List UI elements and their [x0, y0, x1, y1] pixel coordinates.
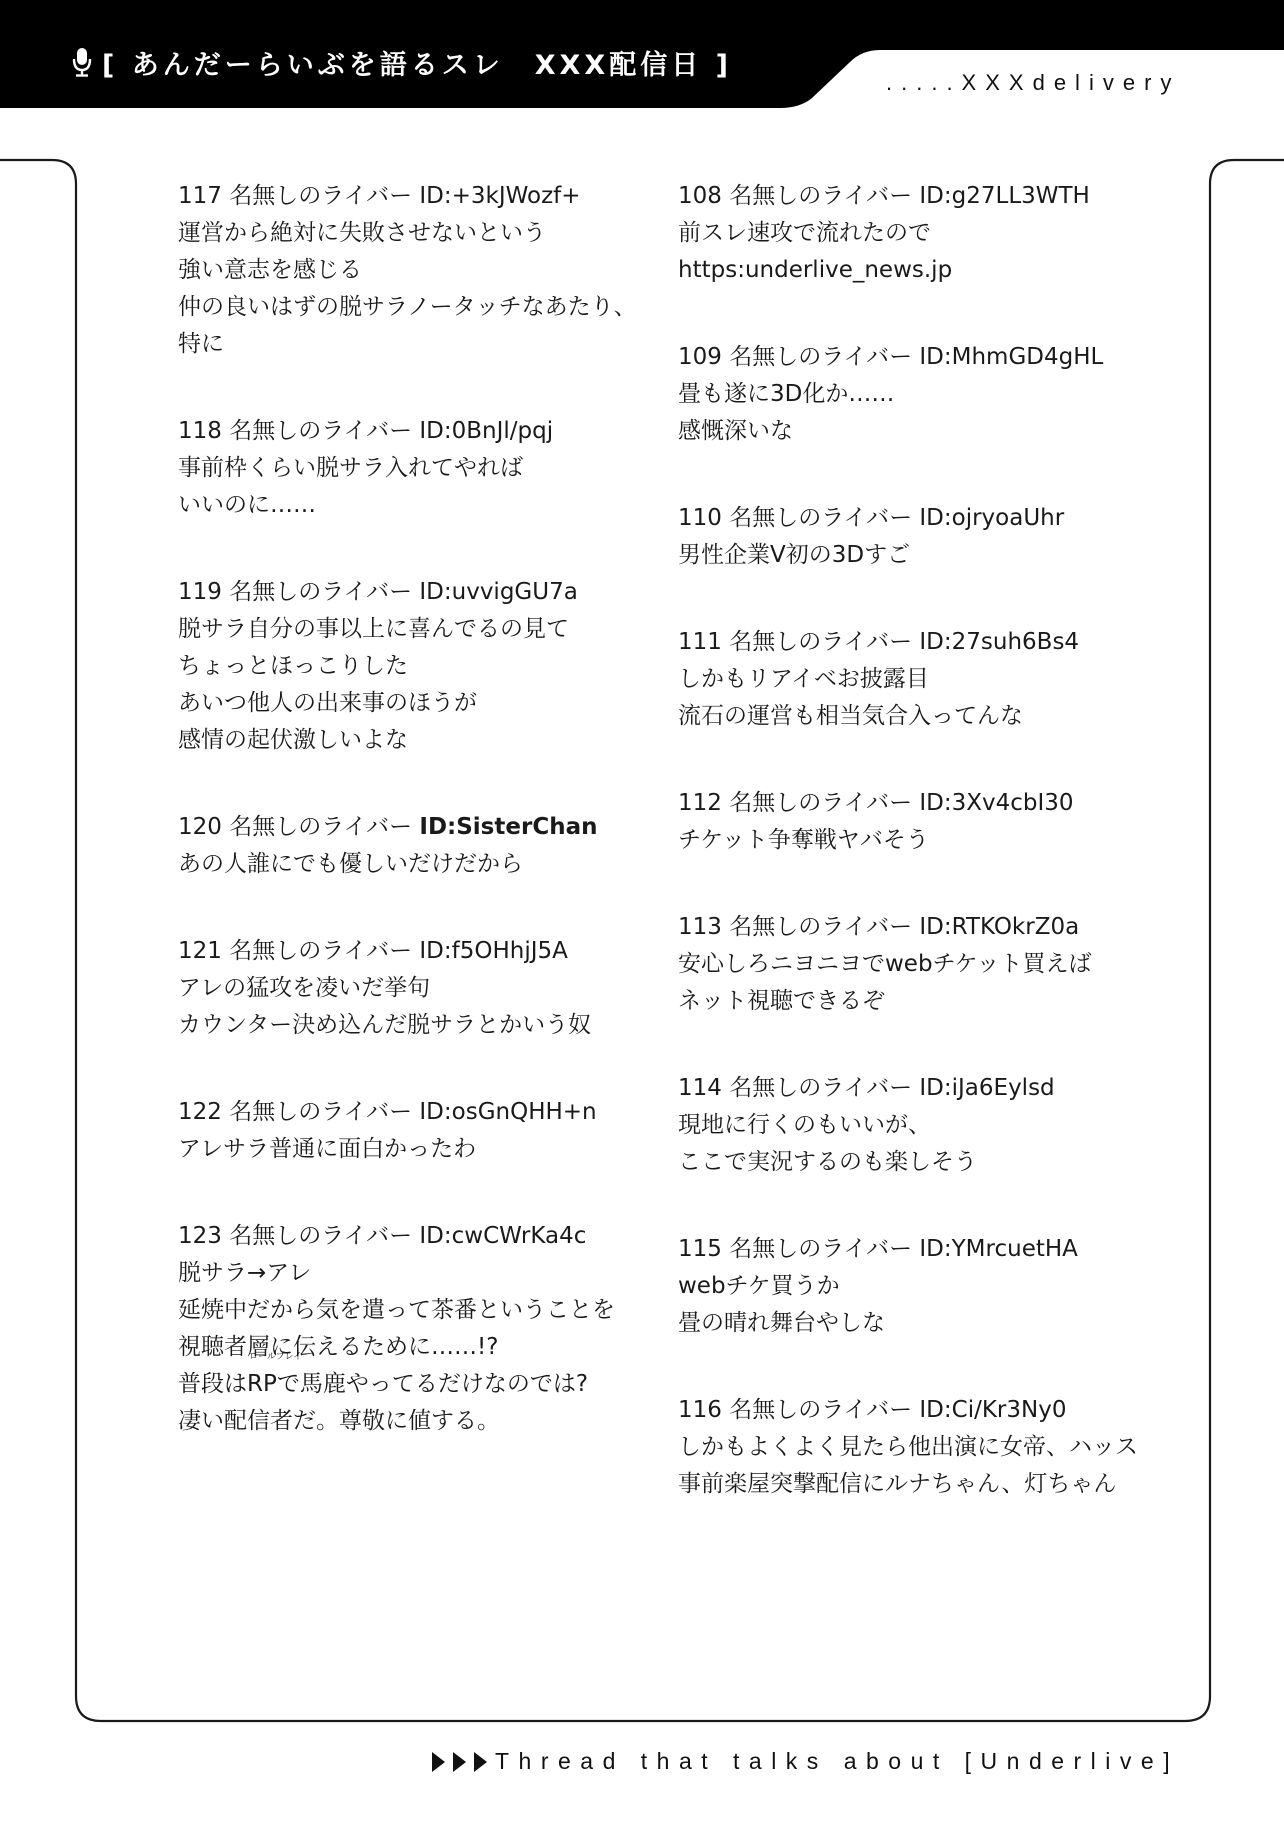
post-header: 110 名無しのライバー ID:ojryoaUhr [678, 500, 1148, 537]
triangle-arrow-icon [453, 1752, 466, 1772]
post-115: 115 名無しのライバー ID:YMrcuetHA webチケ買うか 畳の晴れ舞… [678, 1231, 1148, 1342]
post-body-line: 畳の晴れ舞台やしな [678, 1305, 1148, 1342]
poster-id: ID:uvvigGU7a [419, 579, 577, 605]
post-header: 117 名無しのライバー ID:+3kJWozf+ [178, 178, 648, 215]
post-number: 119 [178, 579, 222, 605]
poster-name: 名無しのライバー [729, 344, 912, 370]
ruby-reading: ロールプレイ [249, 1352, 302, 1362]
post-116: 116 名無しのライバー ID:Ci/Kr3Ny0 しかもよくよく見たら他出演に… [678, 1392, 1148, 1503]
poster-name: 名無しのライバー [229, 1099, 412, 1125]
post-link: https:underlive_news.jp [678, 252, 1148, 289]
right-column: 108 名無しのライバー ID:g27LL3WTH 前スレ速攻で流れたので ht… [678, 178, 1148, 1553]
post-number: 116 [678, 1397, 722, 1423]
post-number: 109 [678, 344, 722, 370]
post-header: 113 名無しのライバー ID:RTKOkrZ0a [678, 909, 1148, 946]
ruby-base: RP [247, 1371, 277, 1397]
post-110: 110 名無しのライバー ID:ojryoaUhr 男性企業V初の3Dすご [678, 500, 1148, 574]
poster-name: 名無しのライバー [229, 938, 412, 964]
post-header: 116 名無しのライバー ID:Ci/Kr3Ny0 [678, 1392, 1148, 1429]
post-header: 122 名無しのライバー ID:osGnQHH+n [178, 1094, 648, 1131]
poster-id: ID:MhmGD4gHL [919, 344, 1103, 370]
post-body-line: 強い意志を感じる [178, 252, 648, 289]
poster-id: ID:+3kJWozf+ [419, 183, 580, 209]
poster-id: ID:f5OHhjJ5A [419, 938, 568, 964]
post-body-line: 感慨深いな [678, 413, 1148, 450]
post-body-line: しかもよくよく見たら他出演に女帝、ハッス [678, 1429, 1148, 1466]
poster-id: ID:cwCWrKa4c [419, 1223, 586, 1249]
post-body-line: ちょっとほっこりした [178, 648, 648, 685]
post-header: 120 名無しのライバー ID:SisterChan [178, 809, 648, 846]
post-119: 119 名無しのライバー ID:uvvigGU7a 脱サラ自分の事以上に喜んでる… [178, 574, 648, 759]
post-body-line: 脱サラ自分の事以上に喜んでるの見て [178, 611, 648, 648]
post-body-line: 安心しろニヨニヨでwebチケット買えば [678, 946, 1148, 983]
post-body-line: 前スレ速攻で流れたので [678, 215, 1148, 252]
post-header: 123 名無しのライバー ID:cwCWrKa4c [178, 1218, 648, 1255]
poster-name: 名無しのライバー [229, 1223, 412, 1249]
post-body-line: あいつ他人の出来事のほうが [178, 685, 648, 722]
poster-name: 名無しのライバー [729, 790, 912, 816]
post-number: 111 [678, 629, 722, 655]
footer-text: Thread that talks about [Underlive] [495, 1748, 1179, 1775]
post-header: 111 名無しのライバー ID:27suh6Bs4 [678, 624, 1148, 661]
post-body-line: 現地に行くのもいいが、 [678, 1107, 1148, 1144]
post-header: 121 名無しのライバー ID:f5OHhjJ5A [178, 933, 648, 970]
post-body-line: 男性企業V初の3Dすご [678, 537, 1148, 574]
post-body-line: アレサラ普通に面白かったわ [178, 1131, 648, 1168]
poster-name: 名無しのライバー [729, 914, 912, 940]
post-header: 112 名無しのライバー ID:3Xv4cbI30 [678, 785, 1148, 822]
poster-name: 名無しのライバー [229, 418, 412, 444]
post-body-line: カウンター決め込んだ脱サラとかいう奴 [178, 1007, 648, 1044]
poster-id: ID:RTKOkrZ0a [919, 914, 1079, 940]
poster-name: 名無しのライバー [729, 505, 912, 531]
microphone-icon [72, 47, 92, 77]
post-number: 120 [178, 814, 222, 840]
poster-id: ID:Ci/Kr3Ny0 [919, 1397, 1066, 1423]
post-body-line: 事前楽屋突撃配信にルナちゃん、灯ちゃん [678, 1466, 1148, 1503]
poster-id: ID:osGnQHH+n [419, 1099, 596, 1125]
ruby-annotated-word: ロールプレイRP [247, 1366, 277, 1403]
post-body-line: 流石の運営も相当気合入ってんな [678, 698, 1148, 735]
post-header: 109 名無しのライバー ID:MhmGD4gHL [678, 339, 1148, 376]
post-number: 108 [678, 183, 722, 209]
post-body-line: ネット視聴できるぞ [678, 983, 1148, 1020]
poster-id: ID:ojryoaUhr [919, 505, 1064, 531]
poster-id: ID:YMrcuetHA [919, 1236, 1078, 1262]
footer: Thread that talks about [Underlive] [432, 1748, 1179, 1775]
header-subtitle: .....XXXdelivery [886, 70, 1180, 96]
post-body-line: あの人誰にでも優しいだけだから [178, 846, 648, 883]
triangle-arrow-icon [432, 1752, 445, 1772]
post-body-line: 延焼中だから気を遣って茶番ということを [178, 1292, 648, 1329]
post-108: 108 名無しのライバー ID:g27LL3WTH 前スレ速攻で流れたので ht… [678, 178, 1148, 289]
post-109: 109 名無しのライバー ID:MhmGD4gHL 畳も遂に3D化か…… 感慨深… [678, 339, 1148, 450]
poster-name: 名無しのライバー [729, 1236, 912, 1262]
triangle-arrow-icon [474, 1752, 487, 1772]
post-number: 114 [678, 1075, 722, 1101]
ruby-line-before: 普段は [178, 1371, 247, 1397]
post-121: 121 名無しのライバー ID:f5OHhjJ5A アレの猛攻を凌いだ挙句 カウ… [178, 933, 648, 1044]
post-111: 111 名無しのライバー ID:27suh6Bs4 しかもリアイベお披露目 流石… [678, 624, 1148, 735]
post-120: 120 名無しのライバー ID:SisterChan あの人誰にでも優しいだけだ… [178, 809, 648, 883]
poster-name: 名無しのライバー [229, 814, 412, 840]
post-122: 122 名無しのライバー ID:osGnQHH+n アレサラ普通に面白かったわ [178, 1094, 648, 1168]
post-body-line: 感情の起伏激しいよな [178, 722, 648, 759]
post-body-line: いいのに…… [178, 487, 648, 524]
post-body-line: チケット争奪戦ヤバそう [678, 822, 1148, 859]
post-body-line: 特に [178, 326, 648, 363]
post-number: 117 [178, 183, 222, 209]
post-number: 115 [678, 1236, 722, 1262]
post-body-line: 運営から絶対に失敗させないという [178, 215, 648, 252]
post-body-line: しかもリアイベお披露目 [678, 661, 1148, 698]
left-column: 117 名無しのライバー ID:+3kJWozf+ 運営から絶対に失敗させないと… [178, 178, 648, 1490]
post-body-line-with-ruby: 普段はロールプレイRPで馬鹿やってるだけなのでは? [178, 1366, 648, 1403]
post-body-line: 畳も遂に3D化か…… [678, 376, 1148, 413]
post-number: 122 [178, 1099, 222, 1125]
post-body-line: 事前枠くらい脱サラ入れてやれば [178, 450, 648, 487]
poster-name: 名無しのライバー [729, 629, 912, 655]
post-body-line: 脱サラ→アレ [178, 1255, 648, 1292]
poster-id: ID:27suh6Bs4 [919, 629, 1079, 655]
post-body-line: ここで実況するのも楽しそう [678, 1144, 1148, 1181]
post-header: 118 名無しのライバー ID:0BnJl/pqj [178, 413, 648, 450]
post-body-line: webチケ買うか [678, 1268, 1148, 1305]
post-number: 113 [678, 914, 722, 940]
post-number: 123 [178, 1223, 222, 1249]
thread-title: [ あんだーらいぶを語るスレ XXX配信日 ] [72, 42, 732, 82]
post-123: 123 名無しのライバー ID:cwCWrKa4c 脱サラ→アレ 延焼中だから気… [178, 1218, 648, 1440]
post-117: 117 名無しのライバー ID:+3kJWozf+ 運営から絶対に失敗させないと… [178, 178, 648, 363]
post-118: 118 名無しのライバー ID:0BnJl/pqj 事前枠くらい脱サラ入れてやれ… [178, 413, 648, 524]
poster-name: 名無しのライバー [229, 579, 412, 605]
poster-name: 名無しのライバー [729, 183, 912, 209]
poster-id: ID:g27LL3WTH [919, 183, 1089, 209]
poster-id: ID:3Xv4cbI30 [919, 790, 1073, 816]
post-number: 112 [678, 790, 722, 816]
post-number: 118 [178, 418, 222, 444]
post-body-line: 仲の良いはずの脱サラノータッチなあたり、 [178, 289, 648, 326]
post-113: 113 名無しのライバー ID:RTKOkrZ0a 安心しろニヨニヨでwebチケ… [678, 909, 1148, 1020]
ruby-line-after: で馬鹿やってるだけなのでは? [277, 1371, 588, 1397]
poster-name: 名無しのライバー [229, 183, 412, 209]
poster-id: ID:0BnJl/pqj [419, 418, 553, 444]
post-number: 121 [178, 938, 222, 964]
poster-name: 名無しのライバー [729, 1075, 912, 1101]
poster-id: ID:iJa6Eylsd [919, 1075, 1054, 1101]
post-body-line: 凄い配信者だ。尊敬に値する。 [178, 1403, 648, 1440]
post-header: 119 名無しのライバー ID:uvvigGU7a [178, 574, 648, 611]
post-header: 115 名無しのライバー ID:YMrcuetHA [678, 1231, 1148, 1268]
post-body-line: アレの猛攻を凌いだ挙句 [178, 970, 648, 1007]
post-header: 108 名無しのライバー ID:g27LL3WTH [678, 178, 1148, 215]
post-header: 114 名無しのライバー ID:iJa6Eylsd [678, 1070, 1148, 1107]
post-number: 110 [678, 505, 722, 531]
post-112: 112 名無しのライバー ID:3Xv4cbI30 チケット争奪戦ヤバそう [678, 785, 1148, 859]
post-114: 114 名無しのライバー ID:iJa6Eylsd 現地に行くのもいいが、 ここ… [678, 1070, 1148, 1181]
thread-title-text: [ あんだーらいぶを語るスレ XXX配信日 ] [102, 43, 732, 82]
poster-id-highlighted: ID:SisterChan [419, 814, 597, 840]
poster-name: 名無しのライバー [729, 1397, 912, 1423]
